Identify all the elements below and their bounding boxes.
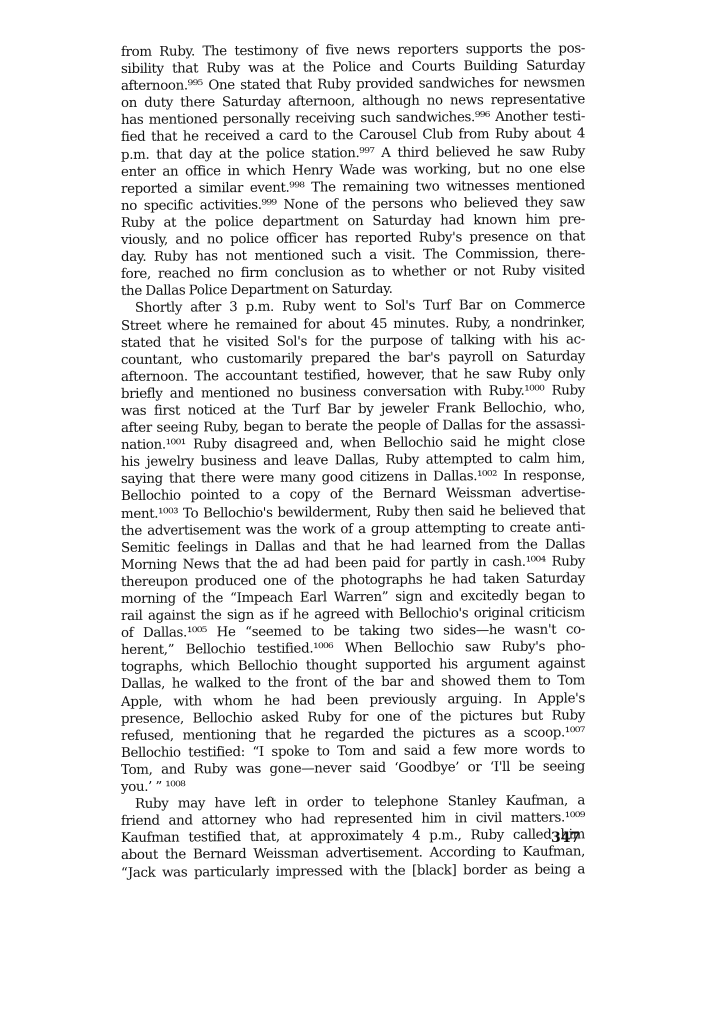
text-line: “Jack was particularly impressed with th… bbox=[121, 861, 585, 882]
document-page: from Ruby. The testimony of five news re… bbox=[0, 0, 714, 1010]
body-text: from Ruby. The testimony of five news re… bbox=[121, 44, 585, 882]
page-number: 347 bbox=[551, 830, 580, 846]
